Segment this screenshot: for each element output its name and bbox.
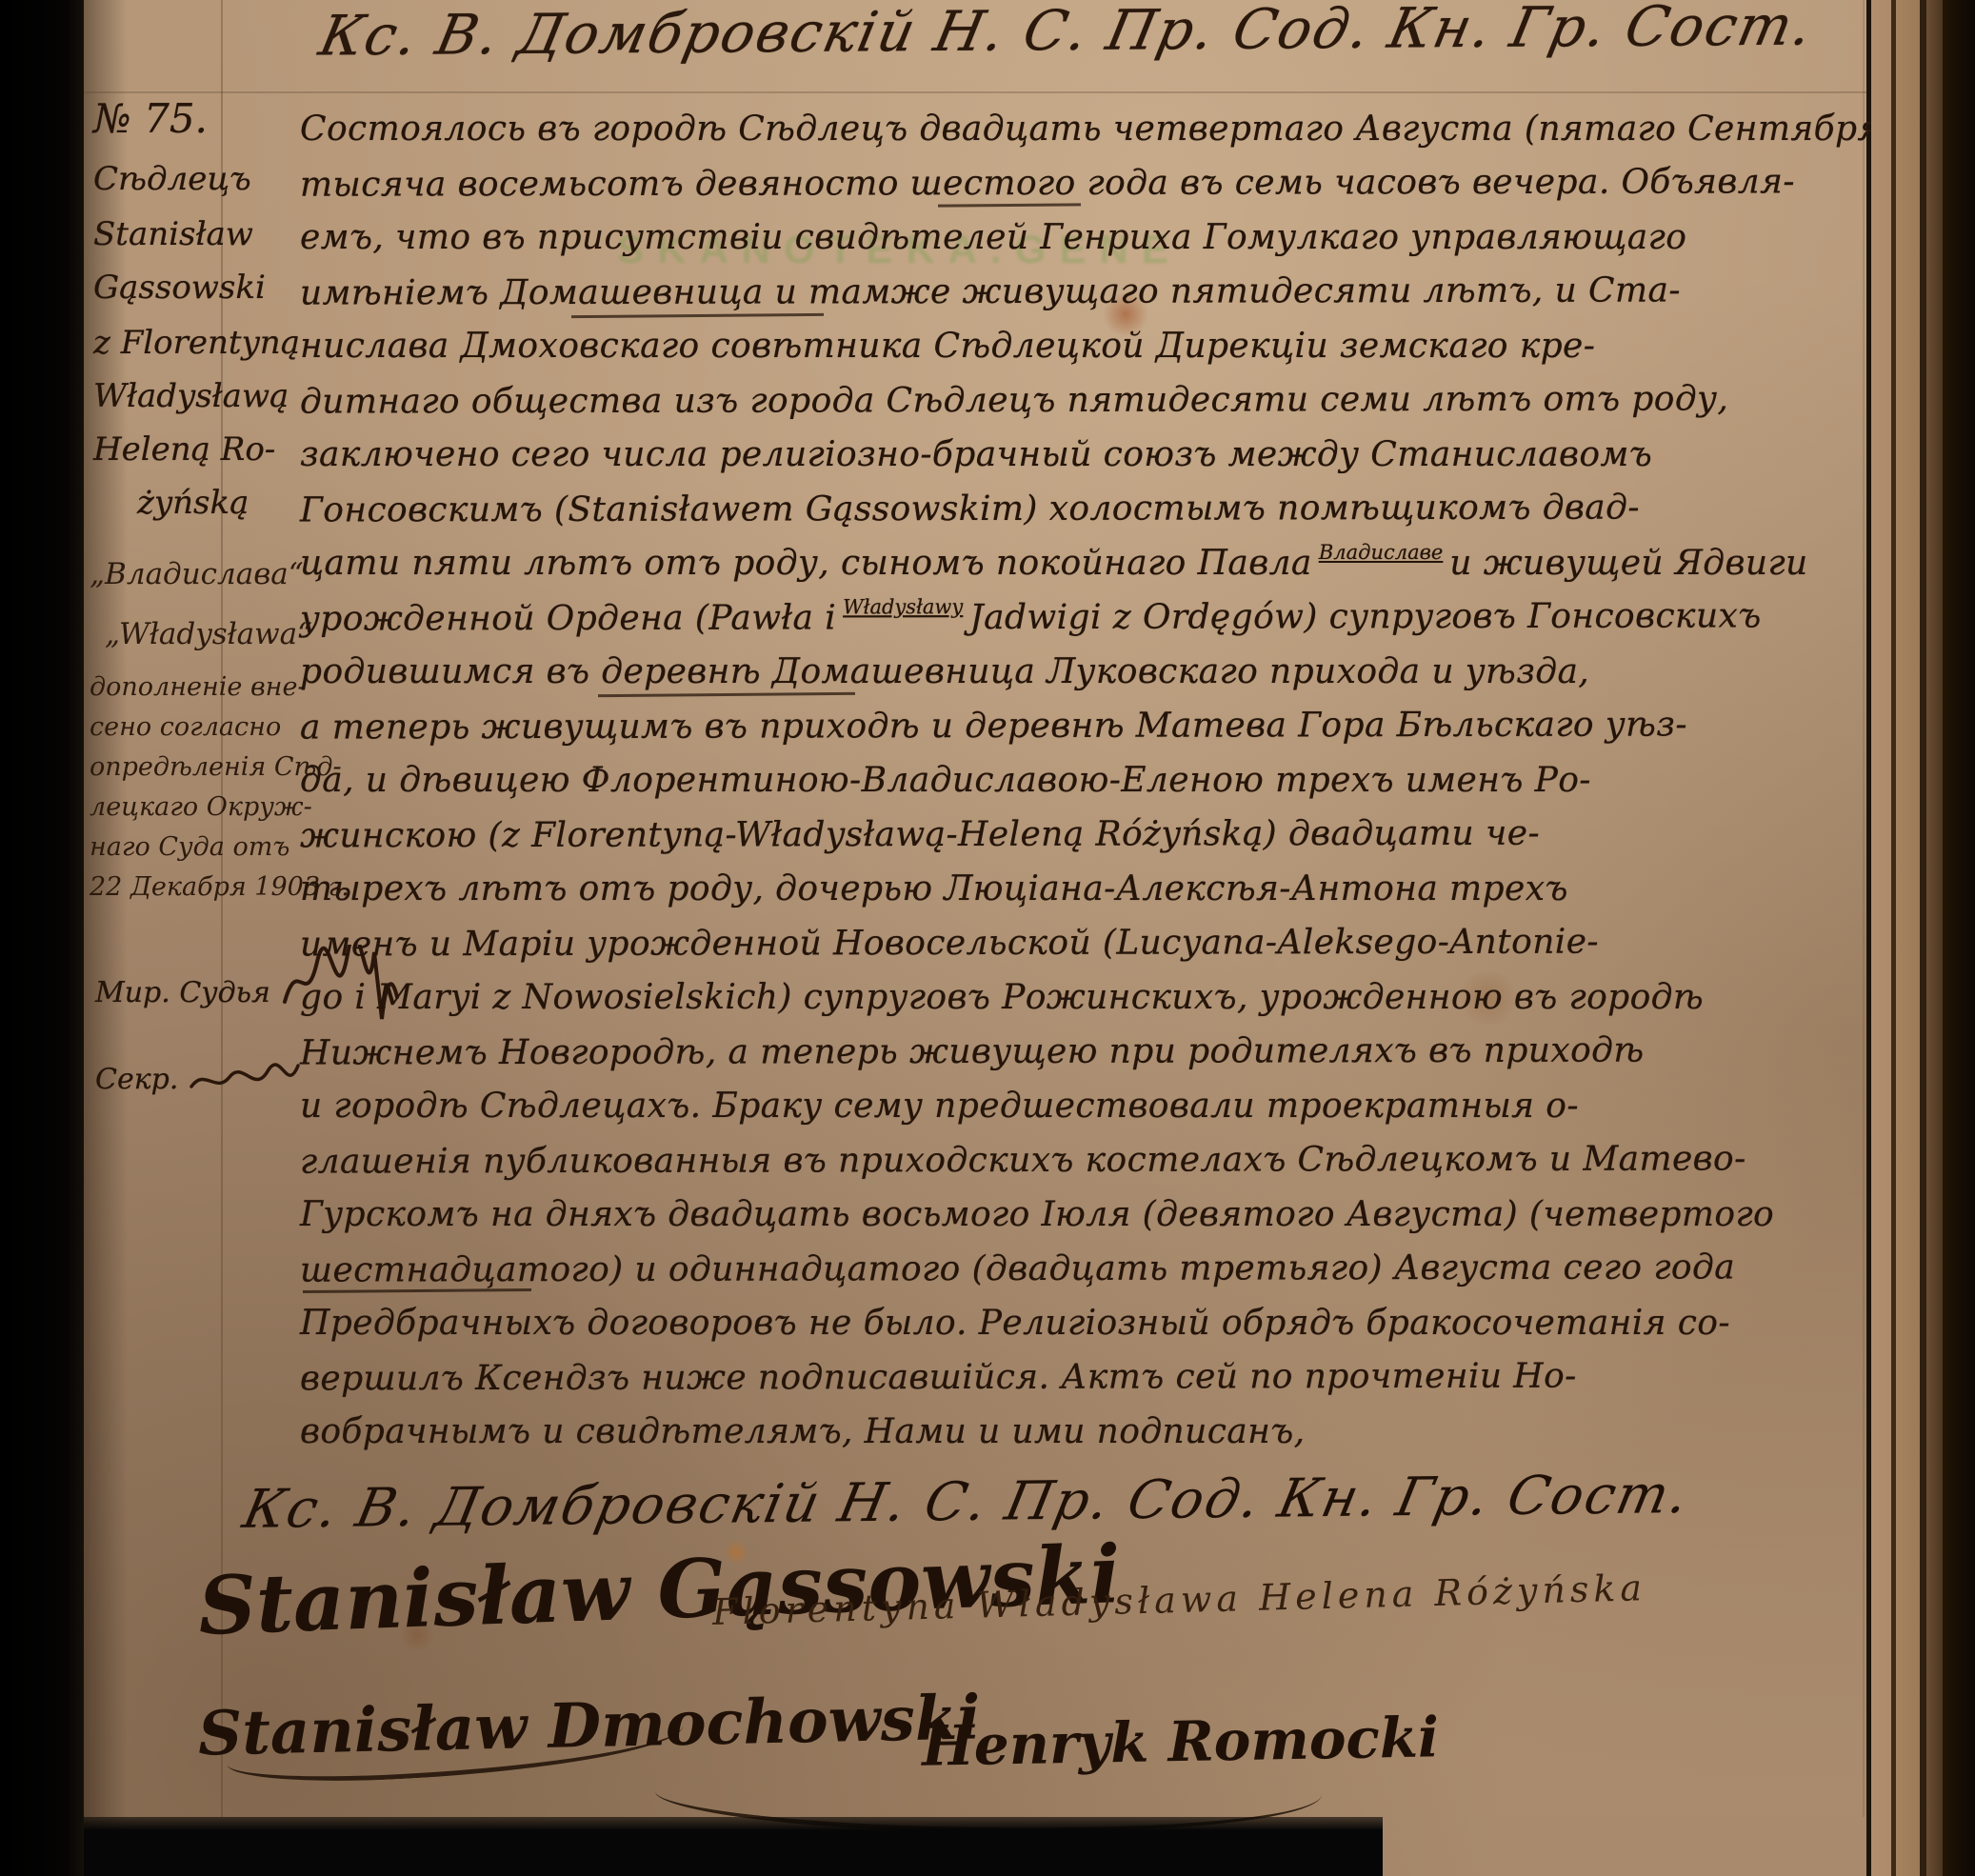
margin-bride-name-2: Władysławą [93, 377, 289, 415]
body-line: нислава Дмоховскаго совѣтника Сѣдлецкой … [300, 324, 1595, 369]
annotation-line: лецкаго Окруж- [90, 792, 312, 822]
book-gutter-shadow [0, 0, 84, 1876]
interlinear-insert-latin: Władysławy [843, 595, 963, 618]
body-line: имѣніемъ Домашевница и тамже живущаго пя… [300, 268, 1681, 316]
body-line: и городѣ Сѣдлецахъ. Браку сему предшеств… [300, 1084, 1579, 1129]
annotation-line: наго Суда отъ [90, 832, 289, 862]
margin-bride-name-3: Heleną Ro- [93, 430, 275, 469]
body-line: Предбрачныхъ договоровъ не было. Религіо… [300, 1301, 1730, 1347]
body-line: родившимся въ деревнѣ Домашевница Луковс… [300, 649, 1589, 695]
secretary-label: Секр. [95, 1063, 178, 1096]
body-line: дитнаго общества изъ города Сѣдлецъ пяти… [300, 376, 1728, 425]
body-line: емъ, что въ присутствіи свидѣтелей Генри… [300, 215, 1686, 261]
entry-number: № 75. [93, 95, 208, 142]
body-line: заключено сего числа религіозно-брачный … [300, 432, 1652, 478]
margin-bride-surname: żyńską [137, 484, 249, 522]
justice-label: Мир. Судья [95, 976, 270, 1009]
ink-underline [938, 203, 1081, 207]
body-line: тырехъ лѣтъ отъ роду, дочерью Люціана-Ал… [300, 867, 1568, 912]
registrar-header-flourish: Кс. В. Домбровскій Н. С. Пр. Сод. Кн. Гр… [314, 0, 1820, 68]
body-line: да, и дѣвицею Флорентиною-Владиславою-Ел… [300, 758, 1591, 804]
body-line: вершилъ Ксендзъ ниже подписавшійся. Актъ… [300, 1354, 1577, 1403]
right-rule-line [1863, 0, 1865, 1817]
book-page-edges [1866, 0, 1975, 1876]
body-line: жинскою (z Florentyną-Władysławą-Heleną … [300, 811, 1540, 860]
body-line-with-insertion: цати пяти лѣтъ отъ роду, сыномъ покойнаг… [300, 541, 1808, 590]
secretary-signature: Секр. [95, 1052, 302, 1106]
body-line: Состоялось въ городѣ Сѣдлецъ двадцать че… [300, 107, 1894, 152]
annotation-insert-cyrillic: „Владислава“ [90, 557, 304, 591]
body-line: go i Maryi z Nowosielskich) супруговъ Ро… [300, 975, 1704, 1021]
header-rule-line [84, 91, 1866, 93]
annotation-line: сено согласно [90, 712, 281, 742]
margin-groom-surname: Gąssowski [93, 269, 266, 307]
entry-place: Сѣдлецъ [93, 160, 251, 198]
body-line: тысяча восемьсотъ девяносто шестого года… [300, 159, 1795, 208]
body-line: именъ и Маріи урожденной Новосельской (L… [300, 920, 1599, 968]
margin-bride-name-1: z Florentyną [93, 324, 300, 362]
body-line: а теперь живущимъ въ приходѣ и деревнѣ М… [300, 702, 1687, 750]
body-line: Гонсовскимъ (Stanisławem Gąssowskim) хол… [300, 486, 1640, 534]
body-line: Гурскомъ на дняхъ двадцать восьмого Іюля… [300, 1192, 1774, 1238]
annotation-line: дополненіе вне- [90, 672, 307, 702]
paper-sheet: SKANOTEKA.GENE Кс. В. Домбровскій Н. С. … [84, 0, 1866, 1876]
annotation-insert-latin: „Władysława“ [105, 617, 312, 651]
scan-bottom-edge [84, 1817, 1383, 1876]
registrar-signature: Кс. В. Домбровскій Н. С. Пр. Сод. Кн. Гр… [238, 1464, 1695, 1541]
body-line-with-insertion: урожденной Ордена (Pawła iWładysławyJadw… [300, 593, 1762, 646]
interlinear-insert-cyrillic: Владиславе [1319, 541, 1443, 564]
margin-groom-name: Stanisław [93, 215, 253, 253]
body-line: глашенія публикованныя въ приходскихъ ко… [300, 1136, 1746, 1185]
register-page-scan: SKANOTEKA.GENE Кс. В. Домбровскій Н. С. … [0, 0, 1975, 1876]
body-line: Нижнемъ Новгородѣ, а теперь живущею при … [300, 1028, 1645, 1077]
body-line: шестнадцатого) и одиннадцатого (двадцать… [300, 1245, 1735, 1293]
secretary-flourish [188, 1052, 302, 1106]
body-line: вобрачнымъ и свидѣтелямъ, Нами и ими под… [300, 1409, 1306, 1455]
